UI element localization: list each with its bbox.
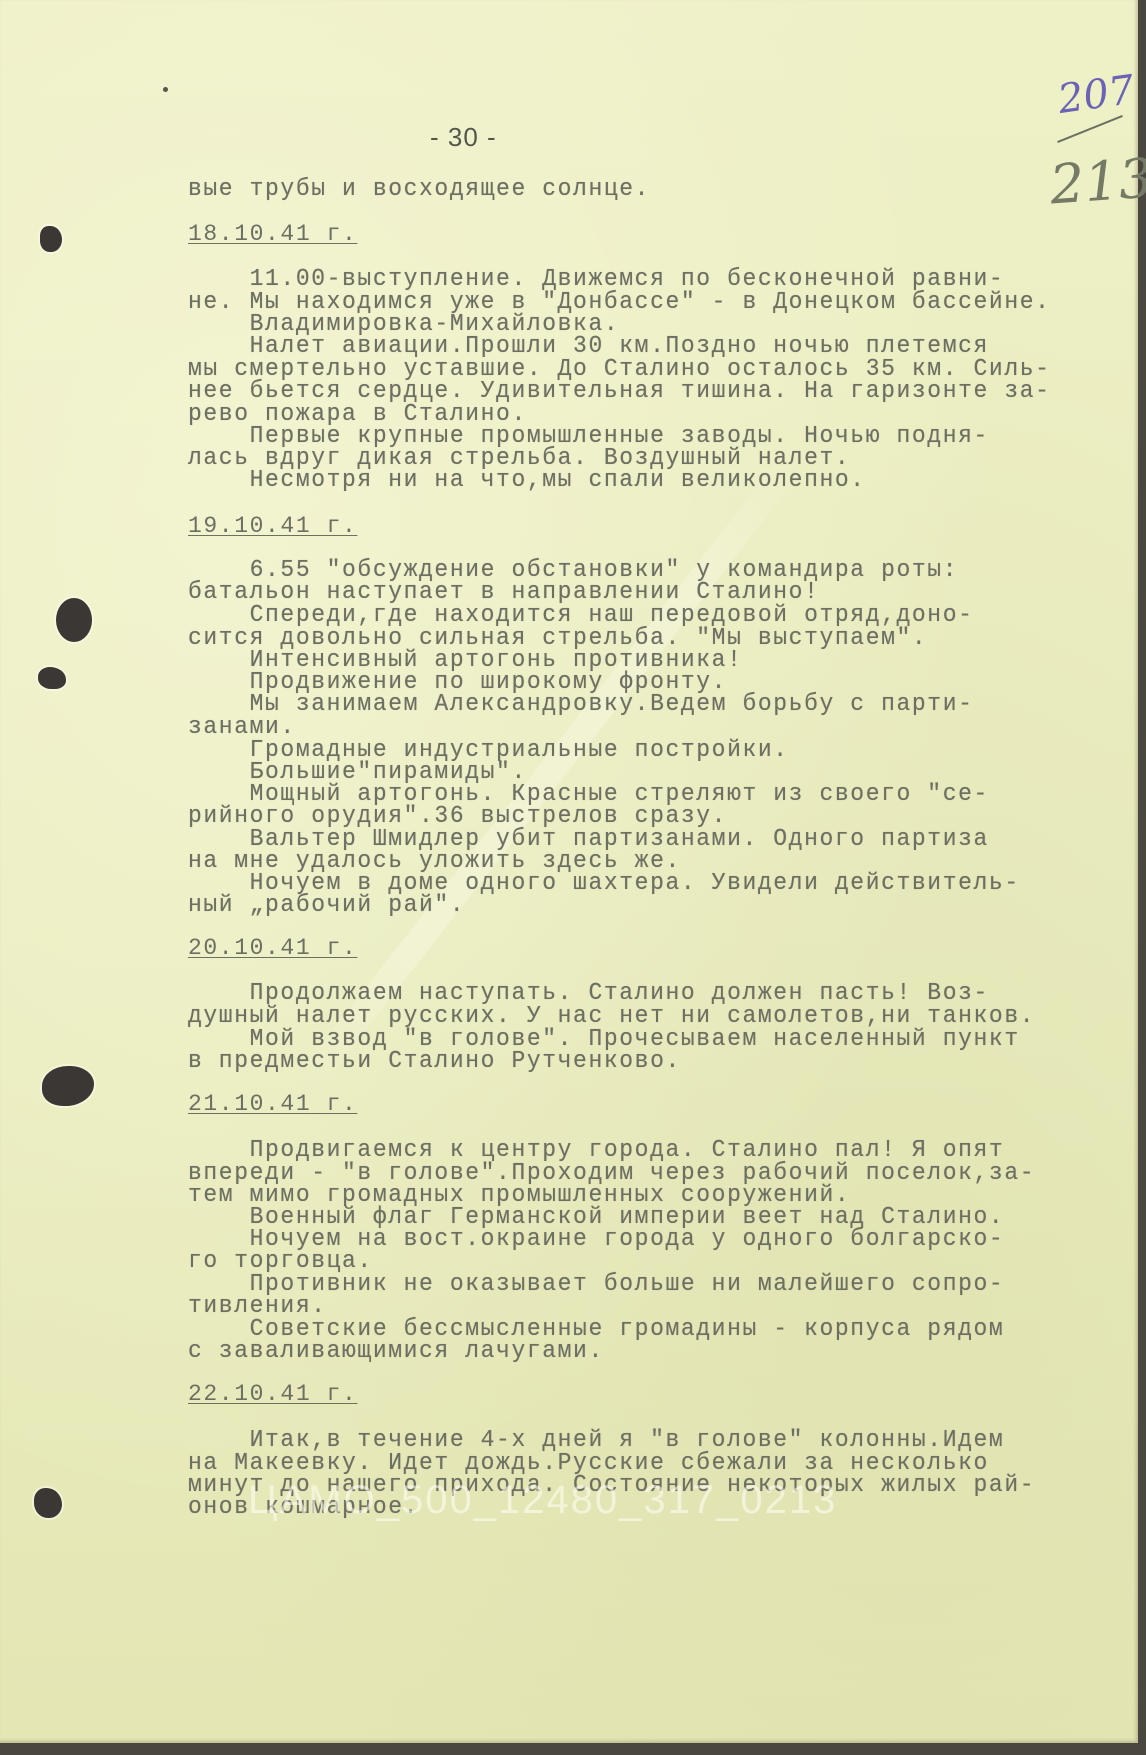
punch-hole xyxy=(38,667,66,689)
document-page: - 30 - 207 213 вые трубы и восходящее со… xyxy=(0,0,1138,1743)
entry-date: 21.10.41 г. xyxy=(188,1092,357,1116)
entry-date: 22.10.41 г. xyxy=(188,1382,357,1406)
ink-dot xyxy=(163,87,168,92)
page-number: - 30 - xyxy=(430,122,497,153)
punch-hole xyxy=(42,1066,94,1106)
entry-date: 18.10.41 г. xyxy=(188,222,357,246)
text-line: с заваливающимися лачугами. xyxy=(188,1338,604,1363)
punch-hole xyxy=(40,226,62,252)
text-line: Несмотря ни на что,мы спали великолепно. xyxy=(188,467,866,492)
archive-watermark: ЦАМО_500_12480_317_0213 xyxy=(248,1478,837,1523)
handwritten-folio: 213 xyxy=(1048,146,1146,216)
entry-date: 20.10.41 г. xyxy=(188,936,357,960)
text-line: Мы занимаем Александровку.Ведем борьбу с… xyxy=(188,691,974,716)
text-line: вые трубы и восходящее солнце. xyxy=(188,176,650,201)
punch-hole xyxy=(56,598,92,642)
punch-hole xyxy=(34,1488,62,1518)
handwritten-folio-struck: 207 xyxy=(1055,67,1137,123)
text-line: ный „рабочий рай". xyxy=(188,892,465,917)
entry-date: 19.10.41 г. xyxy=(188,514,357,538)
text-line: в предместьи Сталино Рутченково. xyxy=(188,1048,681,1073)
